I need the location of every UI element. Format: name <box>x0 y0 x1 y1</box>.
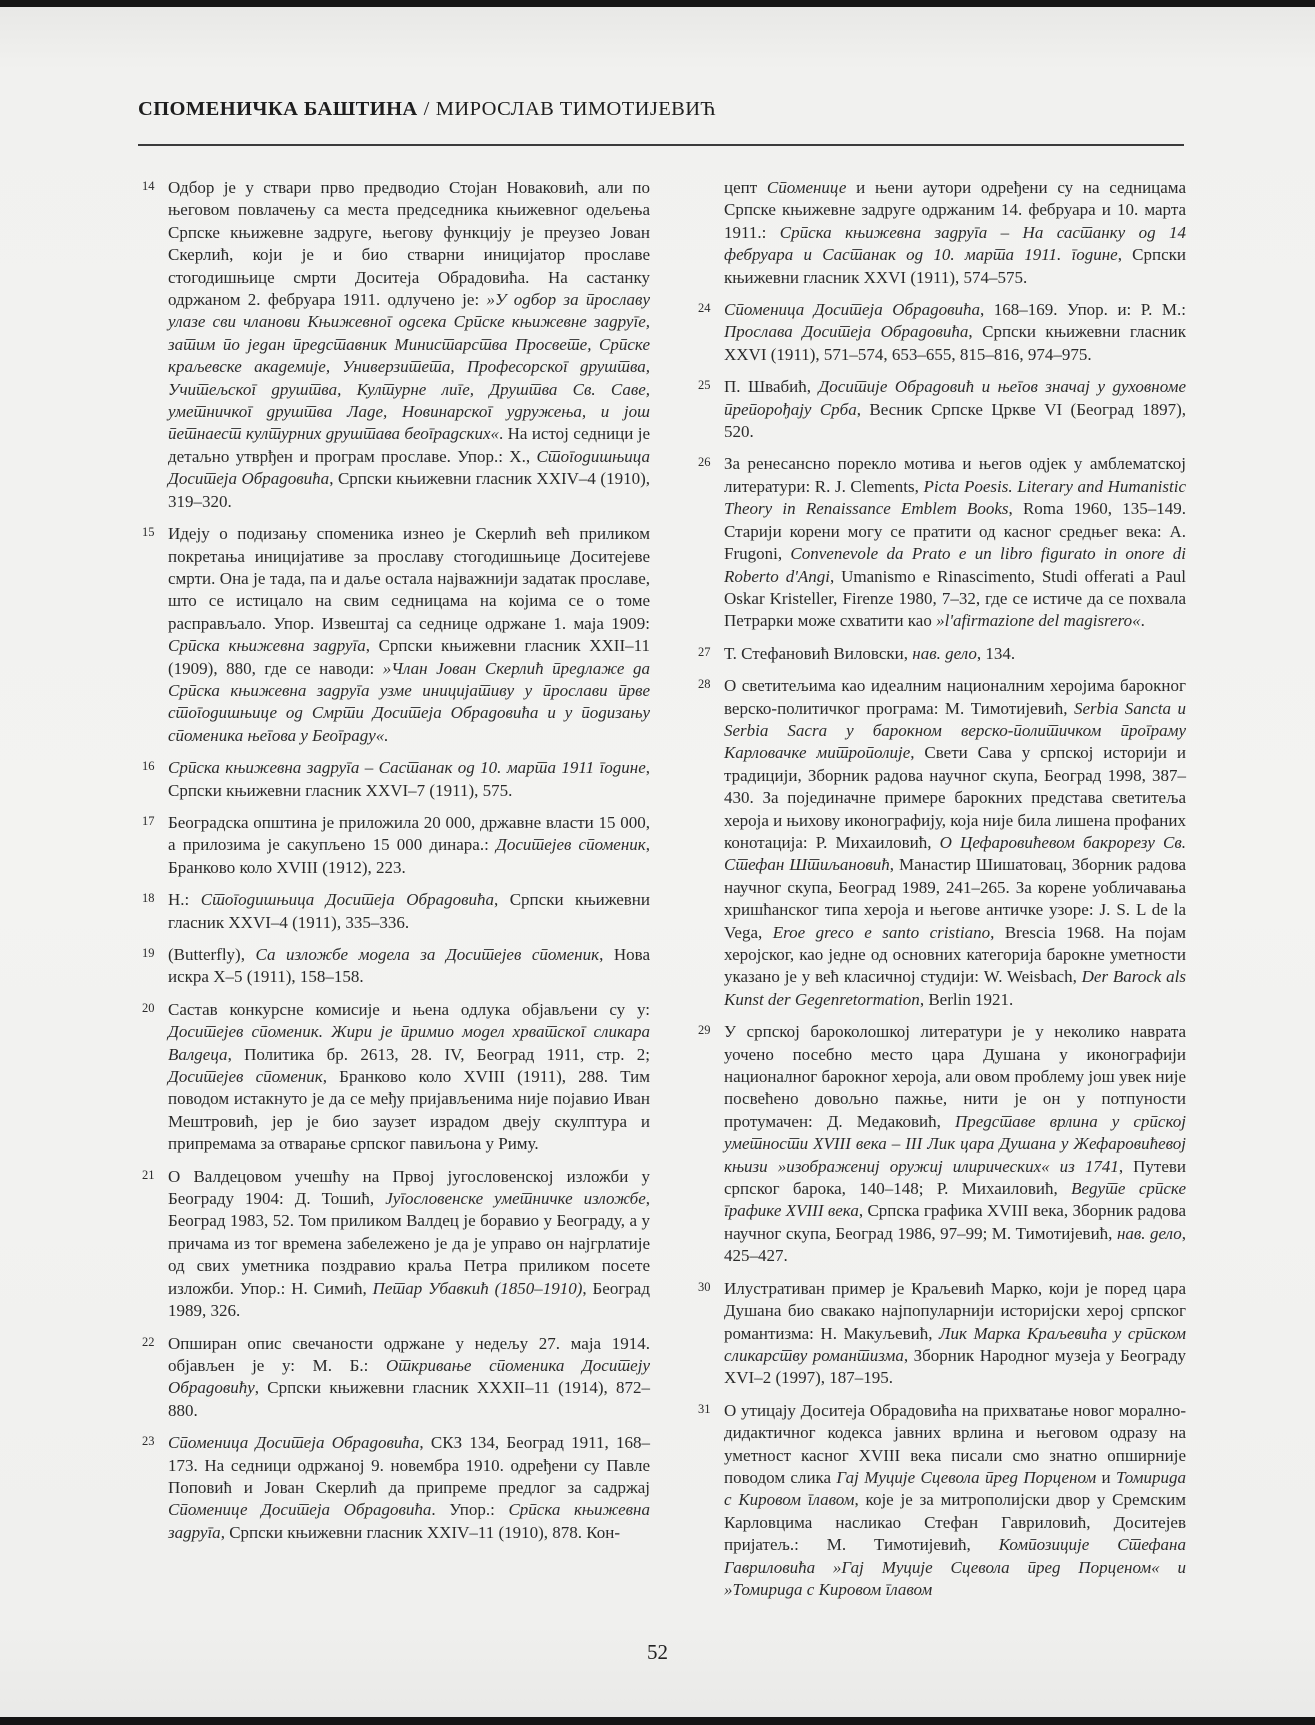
footnote-number: 15 <box>142 521 155 543</box>
footnote: 27Т. Стефановић Виловски, нав. дело, 134… <box>694 643 1186 665</box>
footnote-text: Т. Стефановић Виловски, нав. дело, 134. <box>724 644 1015 663</box>
footnote: 22Опширан опис свечаности одржане у неде… <box>138 1333 650 1423</box>
section-title: СПОМЕНИЧКА БАШТИНА <box>138 98 418 120</box>
header-divider: / <box>424 98 430 120</box>
footnote-number: 18 <box>142 887 155 909</box>
footnote-number: 29 <box>698 1019 711 1041</box>
footnote-text: Српска књижевна задруга – Састанак од 10… <box>168 758 650 799</box>
footnote-number: 28 <box>698 673 711 695</box>
footnote-text: За ренесансно порекло мотива и његов одј… <box>724 454 1186 630</box>
footnote-text: Идеју о подизању споменика изнео је Скер… <box>168 524 650 745</box>
footnote-number: 26 <box>698 451 711 473</box>
footnote-number: 14 <box>142 175 155 197</box>
footnote: 17Београдска општина је приложила 20 000… <box>138 812 650 879</box>
footnote-number: 27 <box>698 641 711 663</box>
footnote-text: Београдска општина је приложила 20 000, … <box>168 813 650 877</box>
footnote: 20Састав конкурсне комисије и њена одлук… <box>138 999 650 1156</box>
footnote-text: О утицају Доситеја Обрадовића на прихват… <box>724 1401 1186 1599</box>
footnote-text: Споменица Доситеја Обрадовића, 168–169. … <box>724 300 1186 364</box>
footnote: 18Н.: Стогодишњица Доситеја Обрадовића, … <box>138 889 650 934</box>
footnote-number: 30 <box>698 1276 711 1298</box>
footnote-number: 31 <box>698 1398 711 1420</box>
footnote-number: 17 <box>142 810 155 832</box>
footnote: 23Споменица Доситеја Обрадовића, СКЗ 134… <box>138 1432 650 1544</box>
footnote: 26За ренесансно порекло мотива и његов о… <box>694 453 1186 632</box>
footnote-text: Н.: Стогодишњица Доситеја Обрадовића, Ср… <box>168 890 650 931</box>
footnote-text: цепт Споменице и њени аутори одређени су… <box>724 178 1186 287</box>
footnote-number: 23 <box>142 1430 155 1452</box>
footnote: 28О светитељима као идеалним националним… <box>694 675 1186 1011</box>
footnote: 24Споменица Доситеја Обрадовића, 168–169… <box>694 299 1186 366</box>
author-name: МИРОСЛАВ ТИМОТИЈЕВИЋ <box>436 98 716 120</box>
footnote-text: Одбор је у ствари прво предводио Стојан … <box>168 178 650 511</box>
footnotes-column-left: 14Одбор је у ствари прво предводио Стоја… <box>138 177 650 1554</box>
footnote-number: 22 <box>142 1331 155 1353</box>
footnote: 21О Валдецовом учешћу на Првој југослове… <box>138 1166 650 1323</box>
footnote: 29У српској бароколошкој литератури је у… <box>694 1021 1186 1267</box>
footnote: 25П. Швабић, Доситије Обрадовић и његов … <box>694 376 1186 443</box>
footnote: цепт Споменице и њени аутори одређени су… <box>694 177 1186 289</box>
footnote: 16Српска књижевна задруга – Састанак од … <box>138 757 650 802</box>
footnote: 15Идеју о подизању споменика изнео је Ск… <box>138 523 650 747</box>
footnote-text: Споменица Доситеја Обрадовића, СКЗ 134, … <box>168 1433 650 1542</box>
footnote-text: О светитељима као идеалним националним х… <box>724 676 1186 1009</box>
footnote-text: У српској бароколошкој литератури је у н… <box>724 1022 1186 1265</box>
footnote: 19(Butterfly), Са изложбе модела за Доси… <box>138 944 650 989</box>
header-rule <box>138 144 1184 146</box>
footnote-text: Опширан опис свечаности одржане у недељу… <box>168 1334 650 1420</box>
footnote-text: Илустративан пример је Краљевић Марко, к… <box>724 1279 1186 1388</box>
footnote: 14Одбор је у ствари прво предводио Стоја… <box>138 177 650 513</box>
footnote-text: (Butterfly), Са изложбе модела за Досите… <box>168 945 650 986</box>
page-header: СПОМЕНИЧКА БАШТИНА/МИРОСЛАВ ТИМОТИЈЕВИЋ <box>138 98 716 121</box>
scan-edge-bottom <box>0 1717 1315 1725</box>
footnote-number: 24 <box>698 297 711 319</box>
footnotes-column-right: цепт Споменице и њени аутори одређени су… <box>694 177 1186 1611</box>
footnote: 30Илустративан пример је Краљевић Марко,… <box>694 1278 1186 1390</box>
footnote-text: П. Швабић, Доситије Обрадовић и његов зн… <box>724 377 1186 441</box>
footnote-number: 20 <box>142 997 155 1019</box>
footnote-text: О Валдецовом учешћу на Првој југословенс… <box>168 1167 650 1320</box>
footnote-number: 16 <box>142 755 155 777</box>
footnote-number: 21 <box>142 1164 155 1186</box>
scan-edge-top <box>0 0 1315 7</box>
footnote-number: 25 <box>698 374 711 396</box>
footnote-text: Састав конкурсне комисије и њена одлука … <box>168 1000 650 1153</box>
footnote-number: 19 <box>142 942 155 964</box>
page-number: 52 <box>0 1640 1315 1665</box>
footnote: 31О утицају Доситеја Обрадовића на прихв… <box>694 1400 1186 1602</box>
